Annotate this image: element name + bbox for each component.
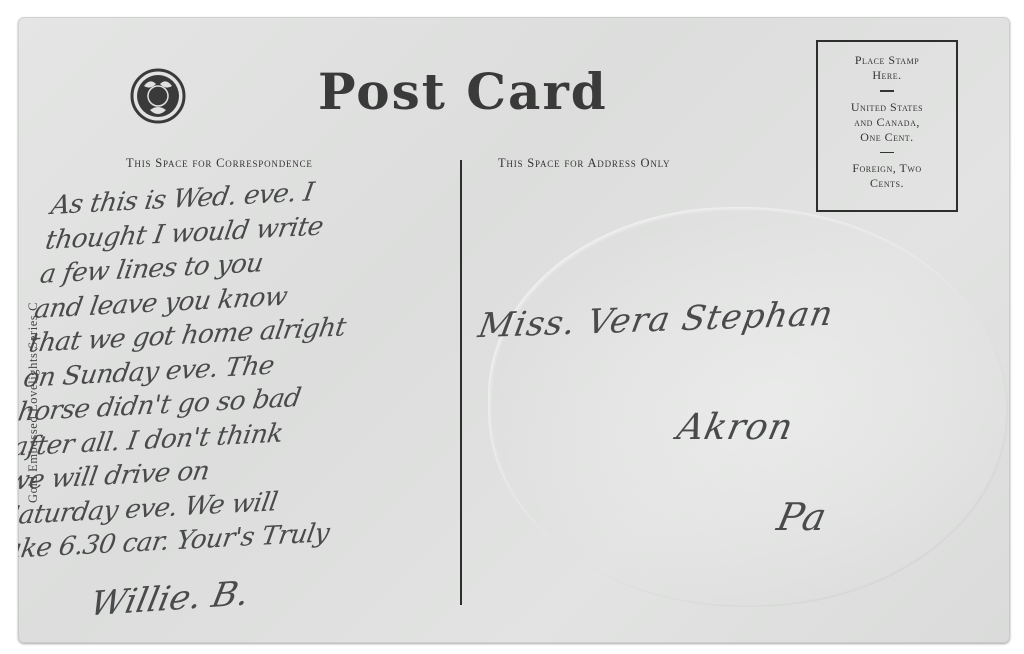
center-divider [460,160,462,605]
stamp-text-line: United States [818,100,956,115]
recipient-state: Pa [773,495,831,539]
stamp-divider-dash [880,152,894,154]
recipient-name: Miss. Vera Stephan [475,294,836,346]
stamp-text-line: Here. [818,68,956,83]
stamp-text-line: Foreign, Two [818,161,956,176]
card-title: Post Card [318,67,608,117]
stamp-box: Place Stamp Here. United States and Cana… [816,40,958,212]
stamp-divider-dash [880,90,894,92]
stamp-text-line: Place Stamp [818,53,956,68]
signature: Willie. B. [87,574,253,625]
handwritten-message: As this is Wed. eve. I thought I would w… [18,172,387,568]
postcard: Post Card This Space for Correspondence … [18,17,1010,643]
address-caption: This Space for Address Only [498,156,670,171]
stamp-text-line: Cents. [818,176,956,191]
correspondence-caption: This Space for Correspondence [126,156,313,171]
stamp-text-line: and Canada, [818,115,956,130]
publisher-emblem-icon [130,68,186,124]
recipient-city: Akron [674,407,798,448]
stamp-text-line: One Cent. [818,130,956,145]
